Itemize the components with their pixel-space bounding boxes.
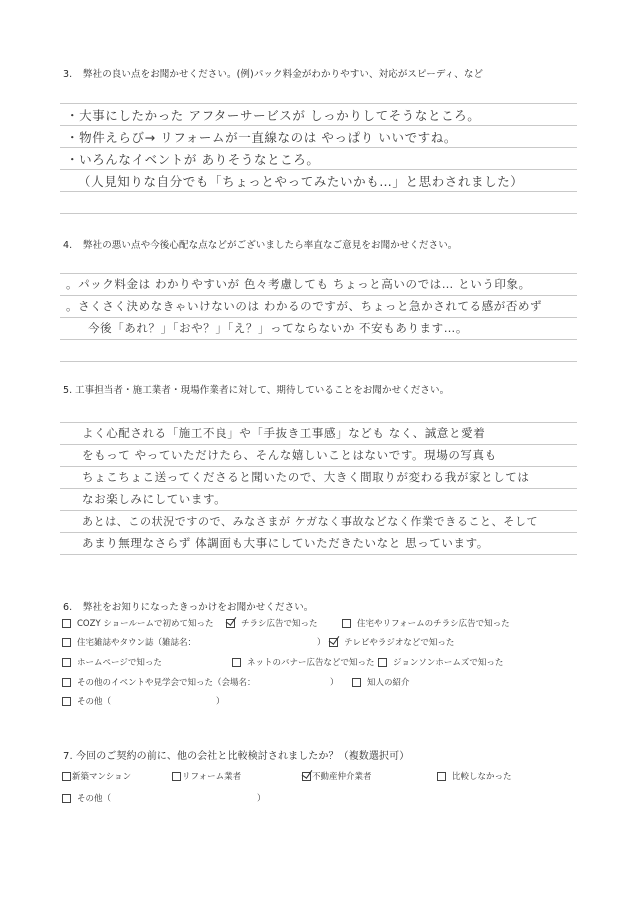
question-text: 今回のご契約の前に、他の会社と比較検討されましたか？（複数選択可）: [76, 751, 409, 762]
answer-rule: [60, 466, 577, 467]
option-label: テレビやラジオなどで知った: [344, 636, 454, 648]
answer-rule: [60, 444, 577, 445]
answer-rule: [60, 361, 577, 362]
answer-rule: [60, 554, 577, 555]
checkbox-option-acquaintance[interactable]: 知人の紹介: [352, 676, 410, 688]
question-6-title: 6.弊社をお知りになったきっかけをお聞かせください。: [63, 599, 313, 613]
question-number: 5.: [63, 385, 75, 396]
option-label: 知人の紹介: [367, 676, 410, 688]
checkbox-option-banner-ad[interactable]: ネットのバナー広告などで知った: [232, 656, 375, 668]
checkbox-icon[interactable]: [378, 658, 387, 667]
option-label: その他のイベントや見学会で知った（会場名：: [77, 676, 256, 688]
answer-rule: [60, 422, 577, 423]
checkbox-option-flyer-ad[interactable]: チラシ広告で知った: [226, 617, 318, 629]
other-close-paren: ）: [216, 695, 225, 707]
option-label: 住宅雑誌やタウン誌（雑誌名：: [77, 636, 196, 648]
handwritten-answer-line: よく心配される「施工不良」や「手抜き工事感」なども なく、誠意と愛着: [82, 425, 485, 441]
handwritten-answer-line: なお楽しみにしています。: [82, 491, 226, 507]
checked-checkbox-icon[interactable]: [329, 638, 338, 647]
question-4-title: 4.弊社の悪い点や今後心配な点などがございましたら率直なご意見をお聞かせください…: [63, 237, 457, 251]
magazine-close-paren: ）: [317, 636, 326, 648]
handwritten-answer-line: 今後「あれ？」「おや？」「え？」ってならないか 不安もあります…。: [88, 320, 468, 336]
handwritten-answer-line: ・大事にしたかった アフターサービスが しっかりしてそうなところ。: [66, 106, 480, 124]
question-number: 4.: [63, 240, 83, 251]
option-label: COZY ショールームで初めて知った: [77, 617, 214, 629]
option-label: ホームページで知った: [77, 656, 162, 668]
checkbox-icon[interactable]: [62, 638, 71, 647]
option-label: その他（: [77, 695, 111, 707]
option-label: ネットのバナー広告などで知った: [247, 656, 375, 668]
question-text: 弊社の良い点をお聞かせください。(例)パック料金がわかりやすい、対応がスピーディ…: [83, 69, 483, 80]
checkbox-icon[interactable]: [62, 658, 71, 667]
handwritten-answer-line: 。パック料金は わかりやすいが 色々考慮しても ちょっと高いのでは… という印象…: [66, 276, 531, 292]
question-number: 6.: [63, 602, 83, 613]
answer-rule: [60, 273, 577, 274]
handwritten-answer-line: 。さくさく決めなきゃいけないのは わかるのですが、ちょっと急かされてる感が否めず: [66, 298, 542, 314]
question-text: 弊社の悪い点や今後心配な点などがございましたら率直なご意見をお聞かせください。: [83, 240, 457, 251]
answer-rule: [60, 213, 577, 214]
answer-rule: [60, 317, 577, 318]
checkbox-icon[interactable]: [437, 772, 446, 781]
answer-rule: [60, 532, 577, 533]
answer-rule: [60, 191, 577, 192]
checkbox-option-new-condo[interactable]: 新築マンション: [62, 770, 131, 782]
option-label: 比較しなかった: [452, 770, 512, 782]
checkbox-option-cozy-showroom[interactable]: COZY ショールームで初めて知った: [62, 617, 214, 629]
answer-rule: [60, 339, 577, 340]
checkbox-option-no-comparison[interactable]: 比較しなかった: [437, 770, 512, 782]
question-number: 3.: [63, 69, 83, 80]
checked-checkbox-icon[interactable]: [226, 619, 235, 628]
checkbox-option-real-estate-broker[interactable]: 不動産仲介業者: [302, 770, 372, 782]
option-label: 新築マンション: [72, 770, 131, 782]
answer-rule: [60, 488, 577, 489]
checkbox-icon[interactable]: [62, 794, 71, 803]
handwritten-answer-line: あとは、この状況ですので、みなさまが ケガなく事故などなく作業できること、そして: [82, 513, 538, 529]
checkbox-option-homepage[interactable]: ホームページで知った: [62, 656, 162, 668]
checkbox-icon[interactable]: [232, 658, 241, 667]
checkbox-option-tv-radio[interactable]: テレビやラジオなどで知った: [329, 636, 454, 648]
option-label: リフォーム業者: [182, 770, 241, 782]
other-company-close-paren: ）: [257, 792, 266, 804]
checkbox-option-magazine[interactable]: 住宅雑誌やタウン誌（雑誌名：: [62, 636, 196, 648]
answer-rule: [60, 295, 577, 296]
checkbox-option-johnson-homes[interactable]: ジョンソンホームズで知った: [378, 656, 503, 668]
option-label: 住宅やリフォームのチラシ広告で知った: [357, 617, 510, 629]
checkbox-option-reform-company[interactable]: リフォーム業者: [172, 770, 241, 782]
option-label: その他（: [77, 792, 111, 804]
survey-page: 3.弊社の良い点をお聞かせください。(例)パック料金がわかりやすい、対応がスピー…: [0, 0, 636, 900]
handwritten-answer-line: をもって やっていただけたら、そんな嬉しいことはないです。現場の写真も: [82, 447, 497, 463]
question-3-title: 3.弊社の良い点をお聞かせください。(例)パック料金がわかりやすい、対応がスピー…: [63, 66, 483, 80]
answer-rule: [60, 147, 577, 148]
checked-checkbox-icon[interactable]: [302, 772, 311, 781]
option-label: 不動産仲介業者: [312, 770, 372, 782]
checkbox-icon[interactable]: [62, 772, 71, 781]
venue-close-paren: ）: [330, 676, 339, 688]
checkbox-option-other-event[interactable]: その他のイベントや見学会で知った（会場名：: [62, 676, 256, 688]
question-5-title: 5.工事担当者・施工業者・現場作業者に対して、期待していることをお聞かせください…: [63, 382, 449, 396]
checkbox-option-other[interactable]: その他（: [62, 695, 111, 707]
checkbox-icon[interactable]: [62, 697, 71, 706]
handwritten-answer-line: あまり無理なさらず 体調面も大事にしていただきたいなと 思っています。: [82, 535, 489, 551]
question-7-title: 7.今回のご契約の前に、他の会社と比較検討されましたか？（複数選択可）: [63, 747, 409, 762]
handwritten-answer-line: ・物件えらび→ リフォームが一直線なのは やっぱり いいですね。: [66, 128, 457, 146]
handwritten-answer-line: （人見知りな自分でも「ちょっとやってみたいかも…」と思わされました）: [78, 172, 523, 190]
answer-rule: [60, 510, 577, 511]
checkbox-icon[interactable]: [342, 619, 351, 628]
checkbox-option-other-company[interactable]: その他（: [62, 792, 111, 804]
checkbox-icon[interactable]: [352, 678, 361, 687]
checkbox-option-housing-flyer[interactable]: 住宅やリフォームのチラシ広告で知った: [342, 617, 510, 629]
checkbox-icon[interactable]: [62, 678, 71, 687]
answer-rule: [60, 125, 577, 126]
checkbox-icon[interactable]: [62, 619, 71, 628]
checkbox-icon[interactable]: [172, 772, 181, 781]
question-text: 弊社をお知りになったきっかけをお聞かせください。: [83, 602, 313, 613]
answer-rule: [60, 169, 577, 170]
handwritten-answer-line: ・いろんなイベントが ありそうなところ。: [66, 150, 319, 168]
question-number: 7.: [63, 751, 76, 762]
question-text: 工事担当者・施工業者・現場作業者に対して、期待していることをお聞かせください。: [75, 385, 449, 396]
handwritten-answer-line: ちょこちょこ送ってくださると聞いたので、大きく間取りが変わる我が家としては: [82, 469, 529, 485]
answer-rule: [60, 103, 577, 104]
option-label: チラシ広告で知った: [241, 617, 318, 629]
option-label: ジョンソンホームズで知った: [393, 656, 503, 668]
